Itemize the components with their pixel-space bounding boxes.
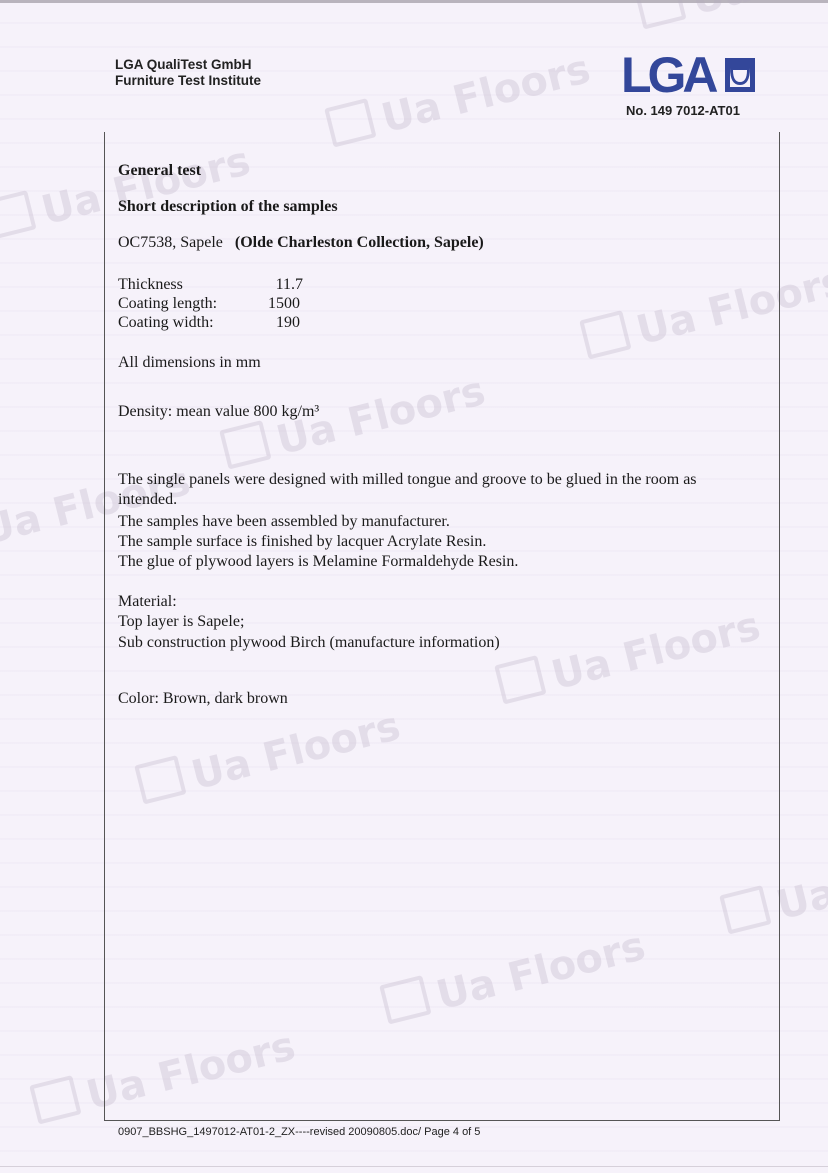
subsection-title: Short description of the samples — [118, 198, 338, 216]
lga-logo-mark-icon — [725, 58, 755, 92]
material-line: Sub construction plywood Birch (manufact… — [118, 634, 500, 652]
page-top-edge — [0, 0, 828, 3]
description-line: The sample surface is finished by lacque… — [118, 533, 486, 551]
lga-logo: LGA — [621, 54, 756, 98]
dimension-label: Thickness — [118, 276, 183, 294]
report-number: No. 149 7012-AT01 — [626, 103, 740, 118]
description-line: The glue of plywood layers is Melamine F… — [118, 553, 518, 571]
description-line: The single panels were designed with mil… — [118, 471, 697, 489]
sample-line: OC7538, Sapele (Olde Charleston Collecti… — [118, 234, 484, 252]
description-line: intended. — [118, 491, 177, 509]
sample-name: (Olde Charleston Collection, Sapele) — [235, 234, 484, 251]
watermark-logo-icon — [0, 190, 37, 239]
page-bottom-edge — [0, 1166, 828, 1167]
material-line: Top layer is Sapele; — [118, 613, 244, 631]
density: Density: mean value 800 kg/m³ — [118, 403, 319, 421]
lga-logo-text: LGA — [621, 48, 715, 102]
company-name-line2: Furniture Test Institute — [115, 73, 261, 89]
dimension-label: Coating width: — [118, 314, 214, 332]
sample-id: OC7538, Sapele — [118, 234, 223, 251]
dimension-label: Coating length: — [118, 295, 217, 313]
company-name-line1: LGA QualiTest GmbH — [115, 57, 261, 73]
watermark-logo-icon — [29, 1075, 81, 1124]
dimension-row: Coating width: 190 — [118, 314, 378, 334]
dimension-row: Thickness 11.7 — [118, 276, 378, 296]
section-title: General test — [118, 162, 201, 180]
company-name: LGA QualiTest GmbH Furniture Test Instit… — [115, 57, 261, 89]
dimension-value: 11.7 — [276, 276, 303, 294]
watermark: Ua Floors — [634, 0, 828, 37]
description-line: The samples have been assembled by manuf… — [118, 513, 450, 531]
dimension-row: Coating length: 1500 — [118, 295, 378, 315]
watermark-logo-icon — [634, 0, 686, 30]
material-line: Material: — [118, 593, 177, 611]
page-footer: 0907_BBSHG_1497012-AT01-2_ZX----revised … — [118, 1126, 480, 1138]
dimension-value: 1500 — [268, 295, 300, 313]
dimension-value: 190 — [276, 314, 300, 332]
dimensions-note: All dimensions in mm — [118, 354, 261, 372]
color: Color: Brown, dark brown — [118, 690, 288, 708]
